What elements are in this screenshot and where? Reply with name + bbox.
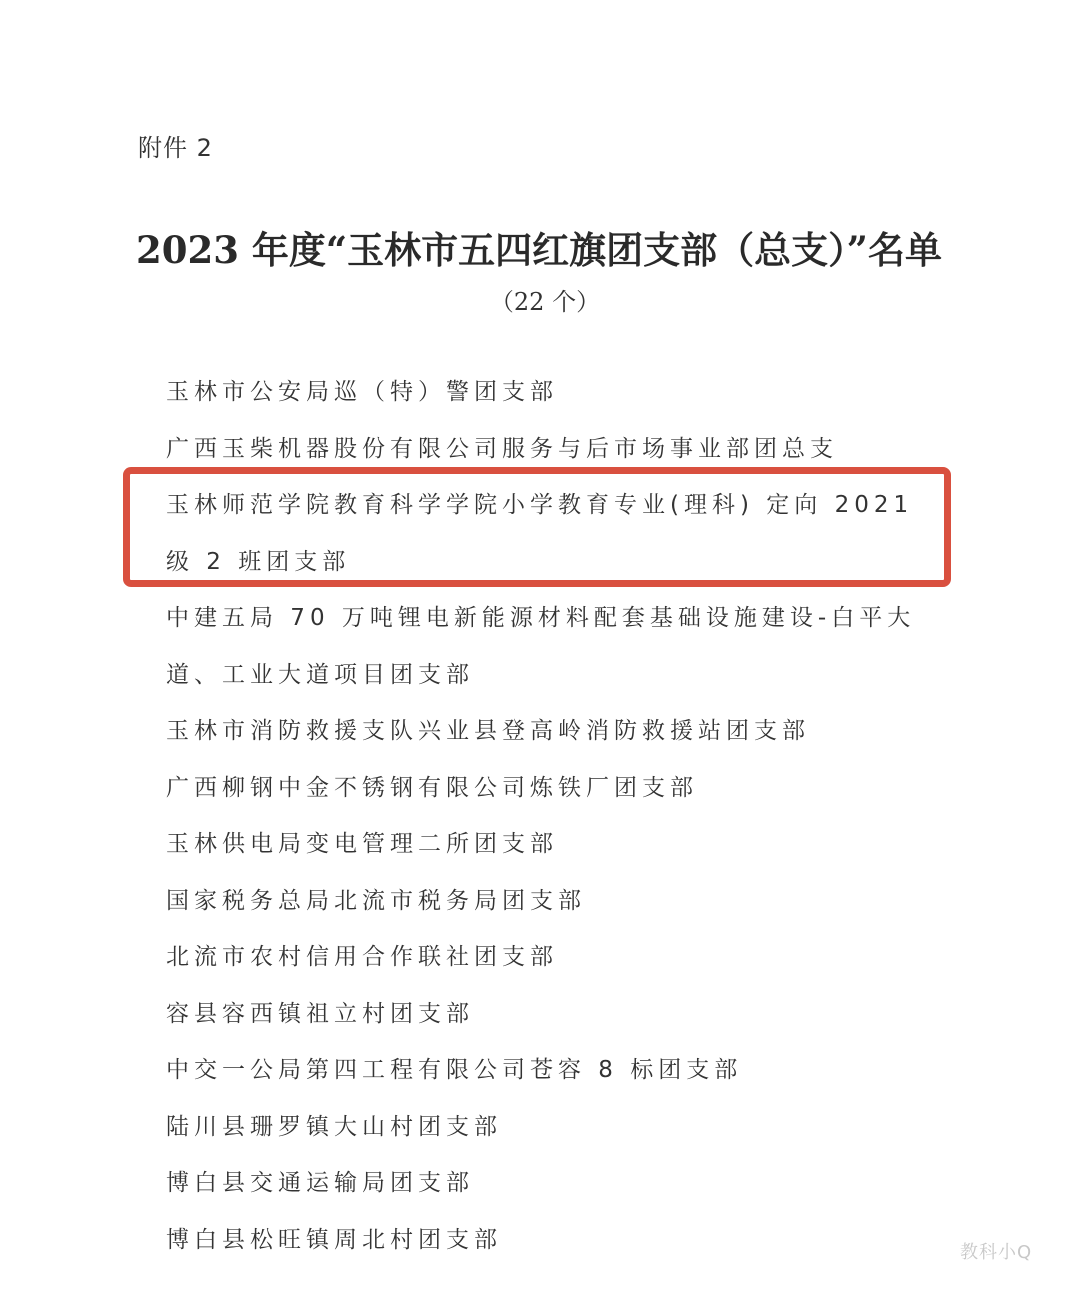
list-item: 玉林市公安局巡（特）警团支部 (166, 364, 946, 421)
list-item: 国家税务总局北流市税务局团支部 (166, 873, 946, 930)
document-title: 2023 年度“玉林市五四红旗团支部（总支）”名单 (0, 220, 1078, 274)
list-item: 中交一公局第四工程有限公司苍容 8 标团支部 (166, 1042, 946, 1099)
list-item: 玉林供电局变电管理二所团支部 (166, 816, 946, 873)
list-item: 容县容西镇祖立村团支部 (166, 986, 946, 1043)
document-count: （22 个） (0, 282, 1078, 317)
watermark: 教科小Q (960, 1238, 1032, 1264)
list-item-highlighted: 玉林师范学院教育科学学院小学教育专业(理科) 定向 2021 级 2 班团支部 (166, 477, 946, 590)
document-page: 附件 2 2023 年度“玉林市五四红旗团支部（总支）”名单 （22 个） 玉林… (0, 0, 1078, 1296)
list-item: 博白县交通运输局团支部 (166, 1155, 946, 1212)
list-item: 中建五局 70 万吨锂电新能源材料配套基础设施建设-白平大道、工业大道项目团支部 (166, 590, 946, 703)
list-item: 博白县松旺镇周北村团支部 (166, 1212, 946, 1269)
list-item: 广西柳钢中金不锈钢有限公司炼铁厂团支部 (166, 760, 946, 817)
list-item: 陆川县珊罗镇大山村团支部 (166, 1099, 946, 1156)
list-item: 广西玉柴机器股份有限公司服务与后市场事业部团总支 (166, 421, 946, 478)
attachment-label: 附件 2 (138, 128, 213, 163)
list-item: 玉林市消防救援支队兴业县登高岭消防救援站团支部 (166, 703, 946, 760)
honoree-list: 玉林市公安局巡（特）警团支部 广西玉柴机器股份有限公司服务与后市场事业部团总支 … (166, 364, 946, 1268)
list-item: 北流市农村信用合作联社团支部 (166, 929, 946, 986)
